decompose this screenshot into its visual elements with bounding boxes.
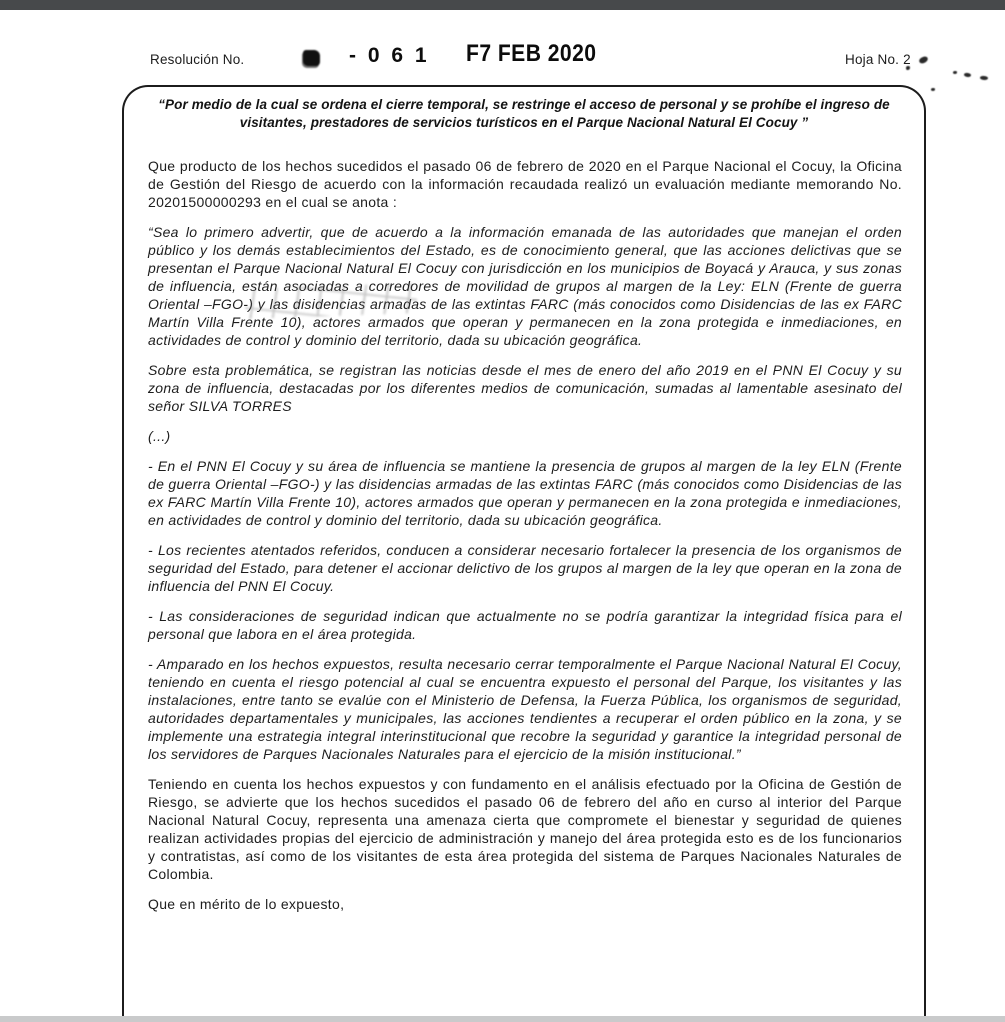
page-bottom-edge [0, 1016, 1005, 1022]
ink-speck [980, 75, 988, 80]
resolution-number-stamp: - 0 6 1 [349, 44, 430, 68]
document-border-frame: “Por medio de la cual se ordena el cierr… [122, 85, 926, 1016]
paragraph: “Sea lo primero advertir, que de acuerdo… [148, 223, 902, 349]
document-body: Que producto de los hechos sucedidos el … [148, 157, 902, 913]
resolution-number-label: Resolución No. [150, 52, 244, 67]
paragraph-closing: Que en mérito de lo expuesto, [148, 895, 902, 913]
paragraph: - Los recientes atentados referidos, con… [148, 541, 902, 595]
paragraph-ellipsis: (...) [148, 427, 902, 445]
paragraph: Sobre esta problemática, se registran la… [148, 361, 902, 415]
ink-smudge-mark [303, 50, 320, 66]
paragraph: Que producto de los hechos sucedidos el … [148, 157, 902, 211]
date-stamp: F7 FEB 2020 [466, 40, 596, 68]
paragraph: - Las consideraciones de seguridad indic… [148, 607, 902, 643]
ink-speck [964, 72, 972, 77]
paragraph: - Amparado en los hechos expuestos, resu… [148, 655, 902, 763]
window-top-bar [0, 0, 1005, 10]
paragraph: - En el PNN El Cocuy y su área de influe… [148, 457, 902, 529]
paragraph: Teniendo en cuenta los hechos expuestos … [148, 775, 902, 883]
resolution-title: “Por medio de la cual se ordena el cierr… [158, 96, 890, 132]
ink-speck [953, 71, 957, 74]
page-number-label: Hoja No. 2 [845, 52, 911, 67]
ink-speck [906, 66, 910, 70]
ink-speck [918, 56, 929, 65]
ink-speck [931, 88, 935, 91]
